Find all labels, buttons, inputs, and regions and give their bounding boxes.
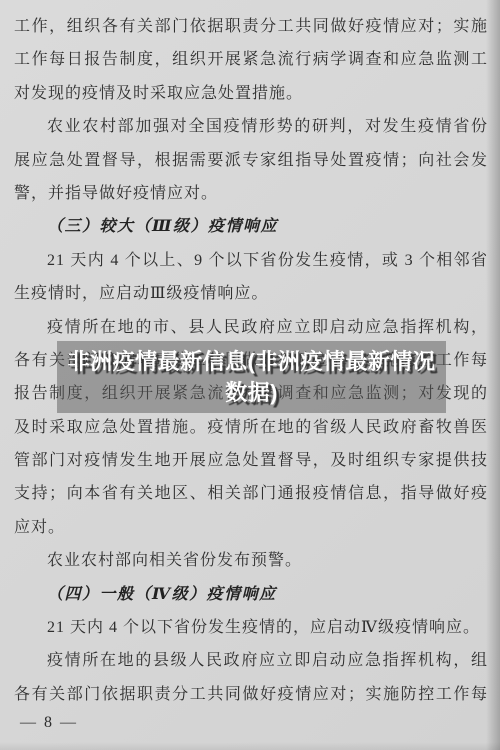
text-line: 管部门对疫情发生地开展应急处置督导，及时组织专家提供技术	[14, 444, 488, 477]
text-line: 展应急处置督导，根据需要派专家组指导处置疫情；向社会发布预	[14, 144, 488, 177]
text-line: 21 天内 4 个以下省份发生疫情的，应启动Ⅳ级疫情响应。	[14, 611, 488, 644]
section-heading-level-4: （四）一般（Ⅳ级）疫情响应	[14, 578, 488, 611]
text-line: 应对。	[14, 511, 488, 544]
text-line: 农业农村部向相关省份发布预警。	[14, 544, 488, 577]
page-edge-shadow	[486, 0, 500, 750]
overlay-title-line-1: 非洲疫情最新信息(非洲疫情最新情况	[68, 346, 436, 377]
text-line: 工作每日报告制度，组织开展紧急流行病学调查和应急监测工作；	[14, 43, 488, 76]
overlay-title-line-2: 数据)	[225, 377, 278, 408]
text-line: 工作，组织各有关部门依据职责分工共同做好疫情应对；实施防控	[14, 10, 488, 43]
text-line: 疫情所在地的市、县人民政府应立即启动应急指挥机构，组织	[14, 311, 488, 344]
scanned-document-page: 工作，组织各有关部门依据职责分工共同做好疫情应对；实施防控 工作每日报告制度，组…	[0, 0, 500, 750]
text-line: 21 天内 4 个以上、9 个以下省份发生疫情，或 3 个相邻省份发	[14, 244, 488, 277]
text-line: 及时采取应急处置措施。疫情所在地的省级人民政府畜牧兽医主	[14, 411, 488, 444]
page-number: — 8 —	[20, 714, 78, 732]
text-line: 各有关部门依据职责分工共同做好疫情应对；实施防控工作每日	[14, 678, 488, 711]
page-bottom-shadow	[0, 742, 500, 750]
watermark-overlay-banner: 非洲疫情最新信息(非洲疫情最新情况 数据)	[57, 341, 446, 413]
text-line: 生疫情时，应启动Ⅲ级疫情响应。	[14, 277, 488, 310]
section-heading-level-3: （三）较大（Ⅲ级）疫情响应	[14, 210, 488, 243]
text-line: 疫情所在地的县级人民政府应立即启动应急指挥机构，组织	[14, 644, 488, 677]
text-line: 支持；向本省有关地区、相关部门通报疫情信息，指导做好疫情	[14, 477, 488, 510]
text-line: 农业农村部加强对全国疫情形势的研判，对发生疫情省份开	[14, 110, 488, 143]
text-line: 对发现的疫情及时采取应急处置措施。	[14, 77, 488, 110]
text-line: 警，并指导做好疫情应对。	[14, 177, 488, 210]
